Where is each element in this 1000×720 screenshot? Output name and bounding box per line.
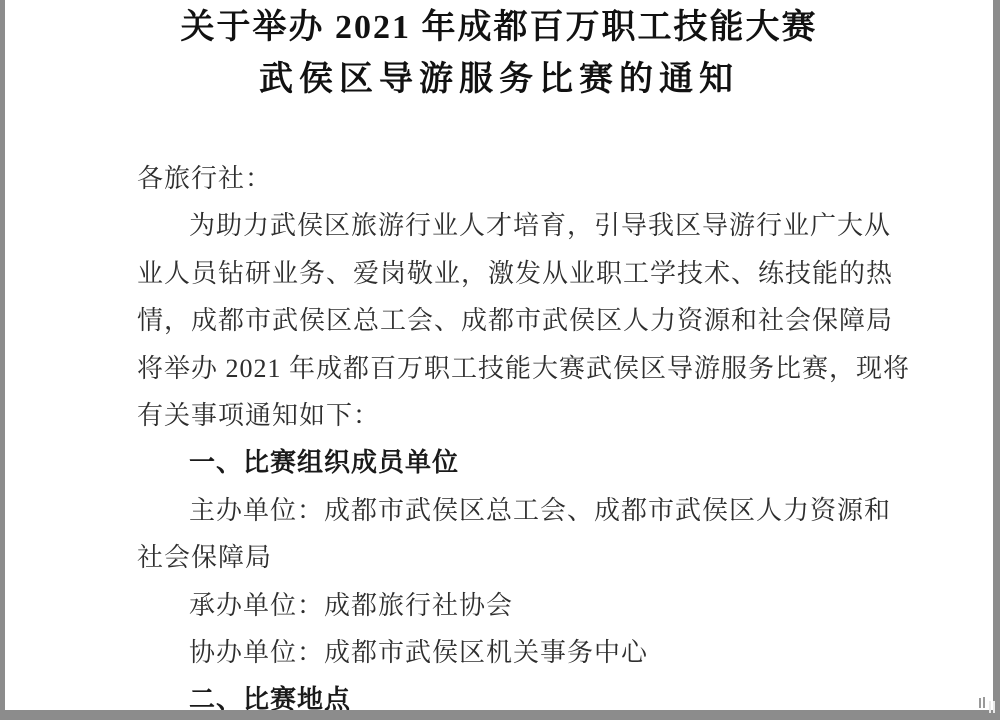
section-1-line-organizer-continued: 社会保障局 (137, 534, 878, 581)
watermark-stroke (989, 701, 991, 713)
section-1-line-organizer: 主办单位：成都市武侯区总工会、成都市武侯区人力资源和 (137, 487, 878, 534)
section-1-line-co-organizer: 协办单位：成都市武侯区机关事务中心 (137, 629, 878, 676)
scan-border-bottom (0, 710, 1000, 720)
section-1-line-undertaker: 承办单位：成都旅行社协会 (137, 582, 878, 629)
intro-paragraph-line: 为助力武侯区旅游行业人才培育，引导我区导游行业广大从 (137, 202, 878, 249)
document-title-line-1: 关于举办 2021 年成都百万职工技能大赛 (5, 2, 993, 54)
intro-paragraph-line: 将举办 2021 年成都百万职工技能大赛武侯区导游服务比赛，现将 (137, 345, 878, 392)
document-title: 关于举办 2021 年成都百万职工技能大赛 武侯区导游服务比赛的通知 (5, 2, 993, 106)
intro-paragraph-line: 业人员钻研业务、爱岗敬业，激发从业职工学技术、练技能的热 (137, 250, 878, 297)
scan-border-right (993, 0, 1000, 720)
watermark-stroke (993, 701, 995, 713)
section-1-heading: 一、比赛组织成员单位 (137, 439, 878, 486)
intro-paragraph-line: 情，成都市武侯区总工会、成都市武侯区人力资源和社会保障局 (137, 297, 878, 344)
scan-border-left (0, 0, 5, 720)
scanned-notice-page: 关于举办 2021 年成都百万职工技能大赛 武侯区导游服务比赛的通知 各旅行社：… (0, 0, 1000, 720)
salutation: 各旅行社： (137, 155, 878, 202)
watermark-stroke (983, 697, 985, 708)
watermark-fragment (976, 694, 1000, 720)
intro-paragraph-line: 有关事项通知如下： (137, 392, 878, 439)
watermark-stroke (979, 698, 981, 708)
document-title-line-2: 武侯区导游服务比赛的通知 (5, 54, 993, 106)
document-body: 各旅行社： 为助力武侯区旅游行业人才培育，引导我区导游行业广大从 业人员钻研业务… (137, 155, 878, 720)
